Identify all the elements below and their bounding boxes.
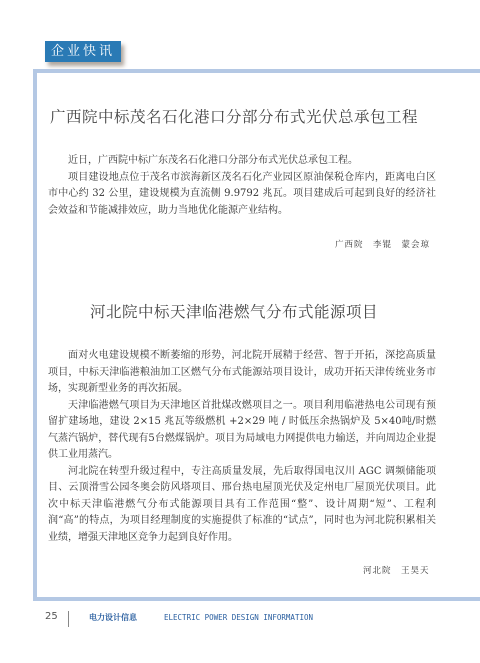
article-body-1: 近日，广西院中标广东茂名石化港口分部分布式光伏总承包工程。 项目建设地点位于茂名… bbox=[48, 153, 436, 219]
paragraph: 面对火电建设规模不断萎缩的形势，河北院开展精于经营、智于开拓，深挖高质量项目，中… bbox=[48, 348, 436, 398]
article-body-2: 面对火电建设规模不断萎缩的形势，河北院开展精于经营、智于开拓，深挖高质量项目，中… bbox=[48, 348, 436, 546]
paragraph: 河北院在转型升级过程中，专注高质量发展，先后取得国电汉川 AGC 调频储能项目、… bbox=[48, 464, 436, 547]
article-title-1: 广西院中标茂名石化港口分部分布式光伏总承包工程 bbox=[0, 105, 474, 127]
article-byline-1: 广西院 李锟 蒙会琼 bbox=[335, 238, 430, 250]
paragraph: 项目建设地点位于茂名市滨海新区茂名石化产业园区原油保税仓库内，距离电白区市中心约… bbox=[48, 170, 436, 220]
article-byline-2: 河北院 王昊天 bbox=[363, 564, 430, 576]
page-number: 25 bbox=[45, 611, 58, 622]
page-footer: 25 电力设计信息 ELECTRIC POWER DESIGN INFORMAT… bbox=[0, 611, 480, 631]
section-badge: 企业快讯 bbox=[45, 41, 121, 62]
article-title-2: 河北院中标天津临港燃气分布式能源项目 bbox=[0, 300, 474, 322]
paragraph: 近日，广西院中标广东茂名石化港口分部分布式光伏总承包工程。 bbox=[48, 153, 436, 170]
footer-divider bbox=[68, 611, 69, 627]
paragraph: 天津临港燃气项目为天津地区首批煤改燃项目之一。项目利用临港热电公司现有预留扩建场… bbox=[48, 398, 436, 464]
magazine-name-en: ELECTRIC POWER DESIGN INFORMATION bbox=[164, 613, 313, 622]
magazine-name-cn: 电力设计信息 bbox=[89, 612, 137, 623]
